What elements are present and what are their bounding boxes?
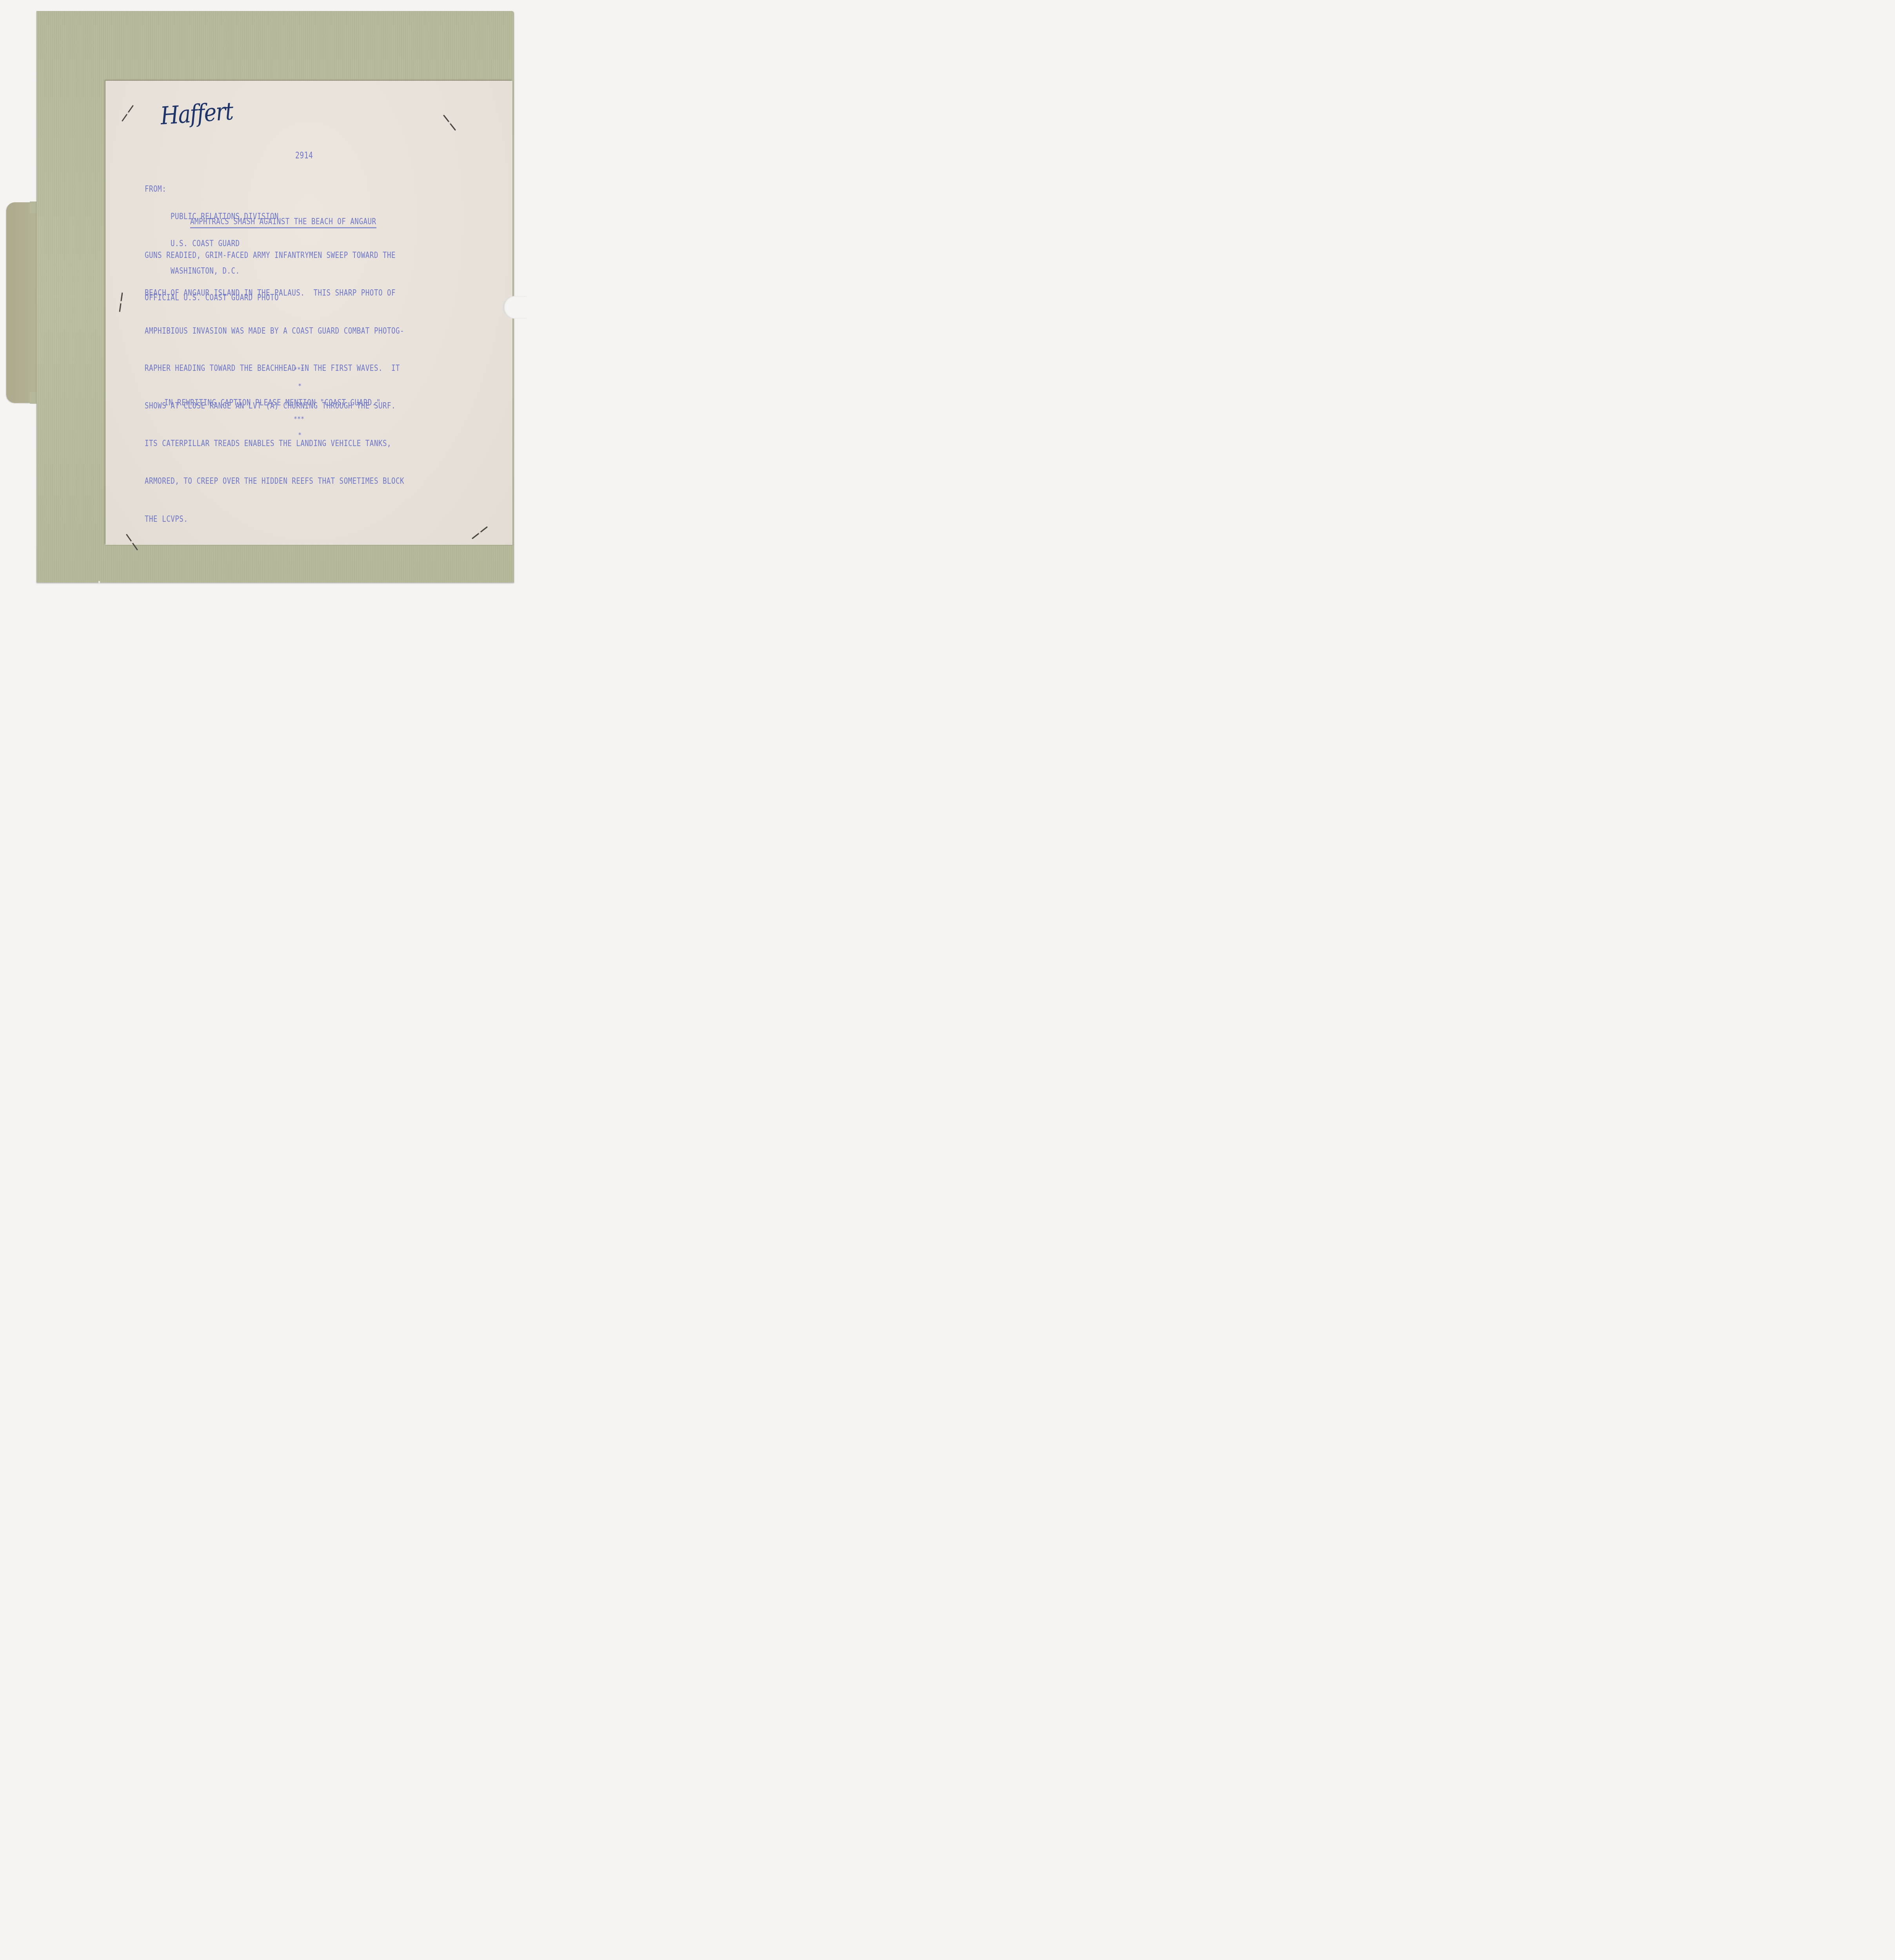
headline: AMPHTRACS SMASH AGAINST THE BEACH OF ANG… — [190, 218, 376, 228]
body-line: BEACH OF ANGAUR ISLAND IN THE PALAUS. TH… — [145, 289, 404, 310]
separator-asterisks: *** — [294, 416, 304, 423]
credit-notice: IN REWRITING CAPTION PLEASE MENTION "COA… — [164, 399, 381, 408]
separator-asterisk: * — [298, 383, 302, 390]
body-line: RAPHER HEADING TOWARD THE BEACHHEAD IN T… — [145, 365, 404, 385]
body-line: ARMORED, TO CREEP OVER THE HIDDEN REEFS … — [145, 477, 404, 498]
caption-sheet: Haffert 2914 FROM: PUBLIC RELATIONS DIVI… — [105, 81, 512, 545]
body-line: ITS CATERPILLAR TREADS ENABLES THE LANDI… — [145, 440, 404, 460]
staple-icon — [472, 526, 488, 539]
handwritten-signature: Haffert — [160, 97, 234, 130]
scan-background: Haffert 2914 FROM: PUBLIC RELATIONS DIVI… — [0, 0, 526, 615]
document-number: 2914 — [295, 151, 313, 160]
mount-edge-tear — [98, 581, 100, 584]
separator-asterisks: *** — [294, 366, 304, 373]
body-line: AMPHIBIOUS INVASION WAS MADE BY A COAST … — [145, 327, 404, 347]
staple-icon — [443, 114, 456, 131]
caption-body: GUNS READIED, GRIM-FACED ARMY INFANTRYME… — [145, 234, 404, 553]
staple-icon — [119, 292, 123, 312]
mount-board: Haffert 2914 FROM: PUBLIC RELATIONS DIVI… — [36, 11, 514, 583]
staple-icon — [126, 534, 138, 551]
body-line: GUNS READIED, GRIM-FACED ARMY INFANTRYME… — [145, 252, 404, 272]
from-label: FROM: — [145, 185, 279, 194]
separator-asterisk: * — [298, 432, 302, 439]
body-line: THE LCVPS. — [145, 515, 404, 535]
mount-notch — [503, 296, 526, 319]
staple-icon — [122, 105, 134, 122]
